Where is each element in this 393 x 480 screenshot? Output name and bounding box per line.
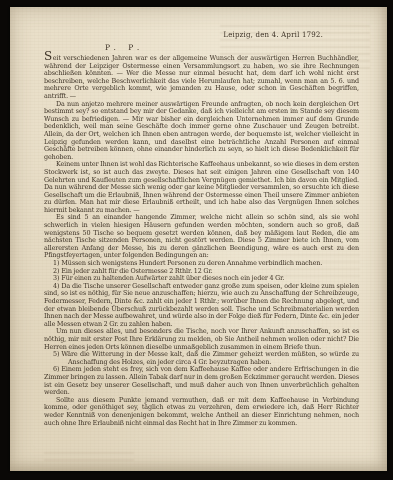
- condition-item-4: 4)Da die Tische unserer Gesellschaft ent…: [44, 283, 359, 329]
- salutation: P. P.: [105, 43, 144, 52]
- letter-body: Seit verschiedenen Jahren war es der all…: [44, 53, 359, 427]
- paper-sheet: Leipzig, den 4. April 1792. P. P. Seit v…: [10, 7, 387, 471]
- paragraph: Um nun dieses alles, und besonders die T…: [44, 328, 359, 351]
- paragraph-closing: Sollte aus diesem Punkte jemand vermuthe…: [44, 397, 359, 427]
- show-through-texture: [44, 447, 134, 461]
- paragraph: Keinem unter Ihnen ist wohl das Richteri…: [44, 161, 359, 214]
- condition-item-5: 5)Wäre die Witterung in der Messe kalt, …: [44, 351, 359, 366]
- dateline: Leipzig, den 4. April 1792.: [223, 31, 323, 39]
- condition-item-6: 6)Einem jeden steht es frey, sich von de…: [44, 366, 359, 396]
- paragraph-opening: Seit verschiedenen Jahren war es der all…: [44, 53, 359, 101]
- item-text: Da die Tische unserer Gesellschaft entwe…: [44, 282, 359, 328]
- paragraph: Da nun anjetzo mehrere meiner auswärtige…: [44, 101, 359, 162]
- item-text: Wäre die Witterung in der Messe kalt, da…: [61, 350, 359, 366]
- paragraph: Es sind 5 an einander hangende Zimmer, w…: [44, 214, 359, 260]
- scanned-page: Leipzig, den 4. April 1792. P. P. Seit v…: [0, 0, 393, 480]
- item-text: Einem jeden steht es frey, sich von dem …: [44, 365, 359, 396]
